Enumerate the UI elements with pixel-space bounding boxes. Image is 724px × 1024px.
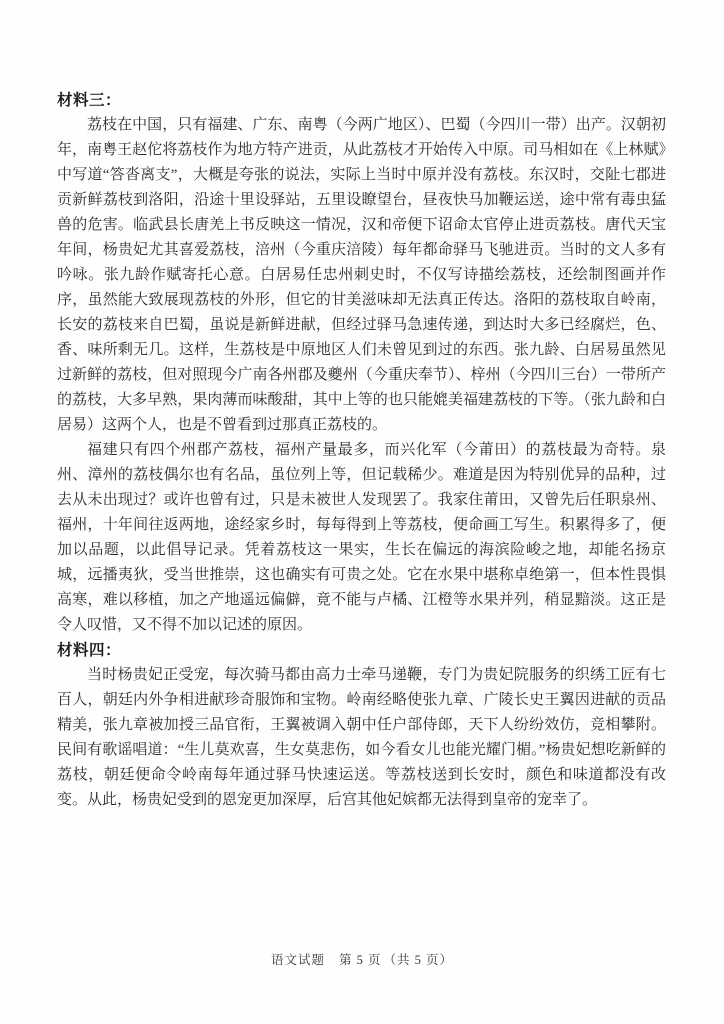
page-footer: 语文试题第 5 页（共 5 页） [0, 950, 724, 968]
exam-title-label: 语文试题 [271, 953, 325, 967]
reading-passages: 材料三： 荔枝在中国，只有福建、广东、南粤（今两广地区）、巴蜀（今四川一带）出产… [57, 88, 666, 813]
material-4-paragraph-1: 当时杨贵妃正受宠，每次骑马都由高力士牵马递鞭，专门为贵妃院服务的织绣工匠有七百人… [57, 663, 666, 813]
material-4-heading: 材料四： [57, 638, 666, 663]
total-pages: （共 5 页） [384, 953, 454, 967]
material-3-paragraph-2: 福建只有四个州郡产荔枝，福州产量最多，而兴化军（今莆田）的荔枝最为奇特。泉州、漳… [57, 438, 666, 638]
page-number: 第 5 页 [339, 953, 382, 967]
exam-page: 材料三： 荔枝在中国，只有福建、广东、南粤（今两广地区）、巴蜀（今四川一带）出产… [0, 0, 724, 1024]
material-3-paragraph-1: 荔枝在中国，只有福建、广东、南粤（今两广地区）、巴蜀（今四川一带）出产。汉朝初年… [57, 113, 666, 438]
material-3-heading: 材料三： [57, 88, 666, 113]
